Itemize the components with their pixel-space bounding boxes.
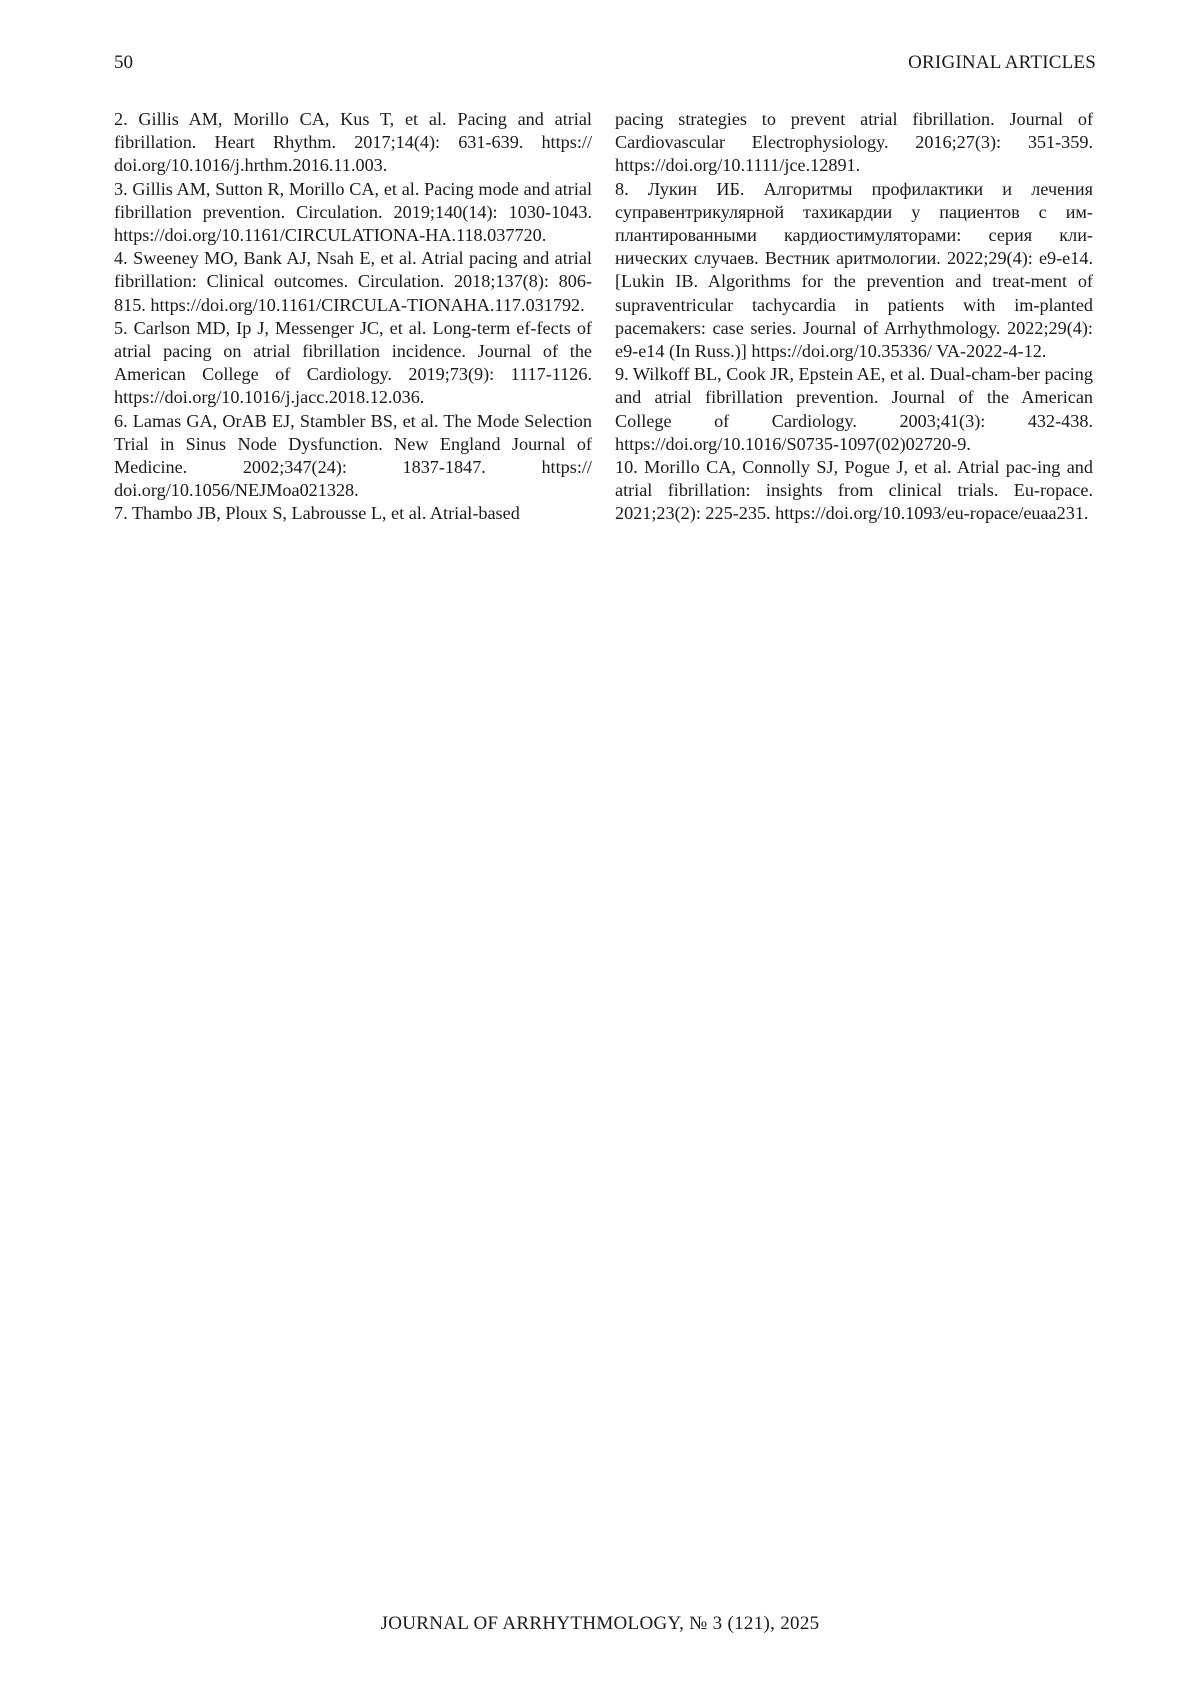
reference-item: 2. Gillis AM, Morillo CA, Kus T, et al. … [114, 108, 592, 178]
reference-item: 9. Wilkoff BL, Cook JR, Epstein AE, et a… [615, 363, 1093, 456]
section-title: ORIGINAL ARTICLES [908, 52, 1096, 74]
reference-item: 7. Thambo JB, Ploux S, Labrousse L, et a… [114, 502, 592, 525]
reference-item: 10. Morillo CA, Connolly SJ, Pogue J, et… [615, 456, 1093, 526]
reference-item: 4. Sweeney MO, Bank AJ, Nsah E, et al. A… [114, 247, 592, 317]
reference-item: 5. Carlson MD, Ip J, Messenger JC, et al… [114, 317, 592, 410]
references-column-right: pacing strategies to prevent atrial fibr… [615, 108, 1093, 526]
references-column-left: 2. Gillis AM, Morillo CA, Kus T, et al. … [114, 108, 592, 526]
reference-item: 8. Лукин ИБ. Алгоритмы профилактики и ле… [615, 178, 1093, 364]
reference-item: 3. Gillis AM, Sutton R, Morillo CA, et a… [114, 178, 592, 248]
journal-footer: JOURNAL OF ARRHYTHMOLOGY, № 3 (121), 202… [0, 1613, 1200, 1635]
reference-item: pacing strategies to prevent atrial fibr… [615, 108, 1093, 178]
page-number: 50 [114, 52, 133, 74]
reference-item: 6. Lamas GA, OrAB EJ, Stambler BS, et al… [114, 410, 592, 503]
